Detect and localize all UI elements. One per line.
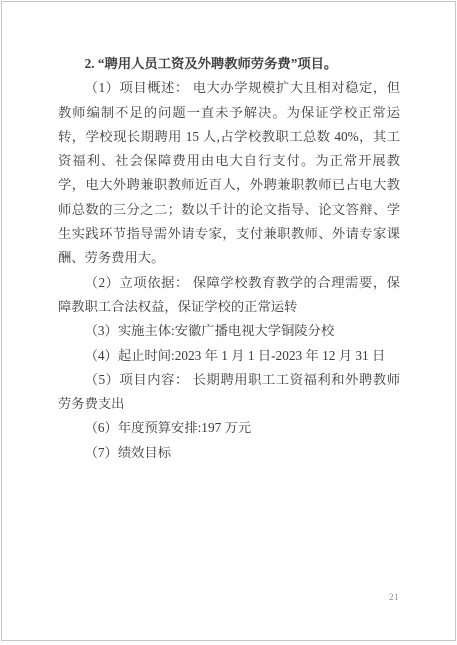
page-content: 2. “聘用人员工资及外聘教师劳务费”项目。 （1）项目概述： 电大办学规模扩大… bbox=[58, 52, 400, 465]
paragraph-annual-budget: （6）年度预算安排:197 万元 bbox=[58, 416, 400, 440]
document-page: 2. “聘用人员工资及外聘教师劳务费”项目。 （1）项目概述： 电大办学规模扩大… bbox=[1, 1, 456, 641]
paragraph-time-period: （4）起止时间:2023 年 1 月 1 日-2023 年 12 月 31 日 bbox=[58, 344, 400, 368]
page-number: 21 bbox=[389, 592, 399, 602]
paragraph-performance-goal: （7）绩效目标 bbox=[58, 441, 400, 465]
document-viewport: 2. “聘用人员工资及外聘教师劳务费”项目。 （1）项目概述： 电大办学规模扩大… bbox=[0, 0, 457, 645]
section-heading: 2. “聘用人员工资及外聘教师劳务费”项目。 bbox=[58, 52, 400, 76]
paragraph-project-basis: （2）立项依据： 保障学校教育教学的合理需要，保障教职工合法权益，保证学校的正常… bbox=[58, 271, 400, 320]
paragraph-implementing-body: （3）实施主体:安徽广播电视大学铜陵分校 bbox=[58, 319, 400, 343]
paragraph-project-overview: （1）项目概述： 电大办学规模扩大且相对稳定，但教师编制不足的问题一直未予解决。… bbox=[58, 76, 400, 270]
paragraph-project-content: （5）项目内容： 长期聘用职工工资福利和外聘教师劳务费支出 bbox=[58, 368, 400, 417]
